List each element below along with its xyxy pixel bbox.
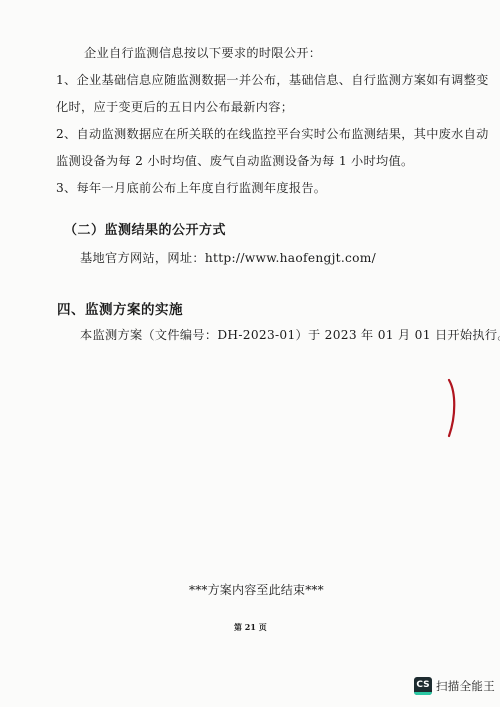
intro-text: 企业自行监测信息按以下要求的时限公开： <box>84 45 321 61</box>
section-implementation-body: 本监测方案（文件编号：DH-2023-01）于 2023 年 01 月 01 日… <box>80 327 500 343</box>
item-1-line-1: 1、企业基础信息应随监测数据一并公布，基础信息、自行监测方案如有调整变 <box>56 72 489 88</box>
seal-stamp-edge-icon <box>446 378 460 438</box>
page-number: 第 21 页 <box>234 622 267 633</box>
section-disclosure-body: 基地官方网站，网址：http://www.haofengjt.com/ <box>80 250 376 266</box>
camscanner-watermark: CS 扫描全能王 <box>414 677 495 695</box>
item-2-line-1: 2、自动监测数据应在所关联的在线监控平台实时公布监测结果，其中废水自动 <box>56 126 489 142</box>
item-1-line-2: 化时，应于变更后的五日内公布最新内容； <box>56 99 293 115</box>
section-disclosure-heading: （二）监测结果的公开方式 <box>64 222 226 240</box>
camscanner-logo-icon: CS <box>414 677 432 695</box>
item-3-line-1: 3、每年一月底前公布上年度自行监测年度报告。 <box>56 180 326 196</box>
item-2-line-2: 监测设备为每 2 小时均值、废气自动监测设备为每 1 小时均值。 <box>56 153 413 169</box>
document-page: 企业自行监测信息按以下要求的时限公开： 1、企业基础信息应随监测数据一并公布，基… <box>0 0 500 707</box>
section-implementation-heading: 四、监测方案的实施 <box>57 301 183 319</box>
camscanner-app-name: 扫描全能王 <box>436 678 495 694</box>
end-of-content-mark: ***方案内容至此结束*** <box>189 581 324 598</box>
